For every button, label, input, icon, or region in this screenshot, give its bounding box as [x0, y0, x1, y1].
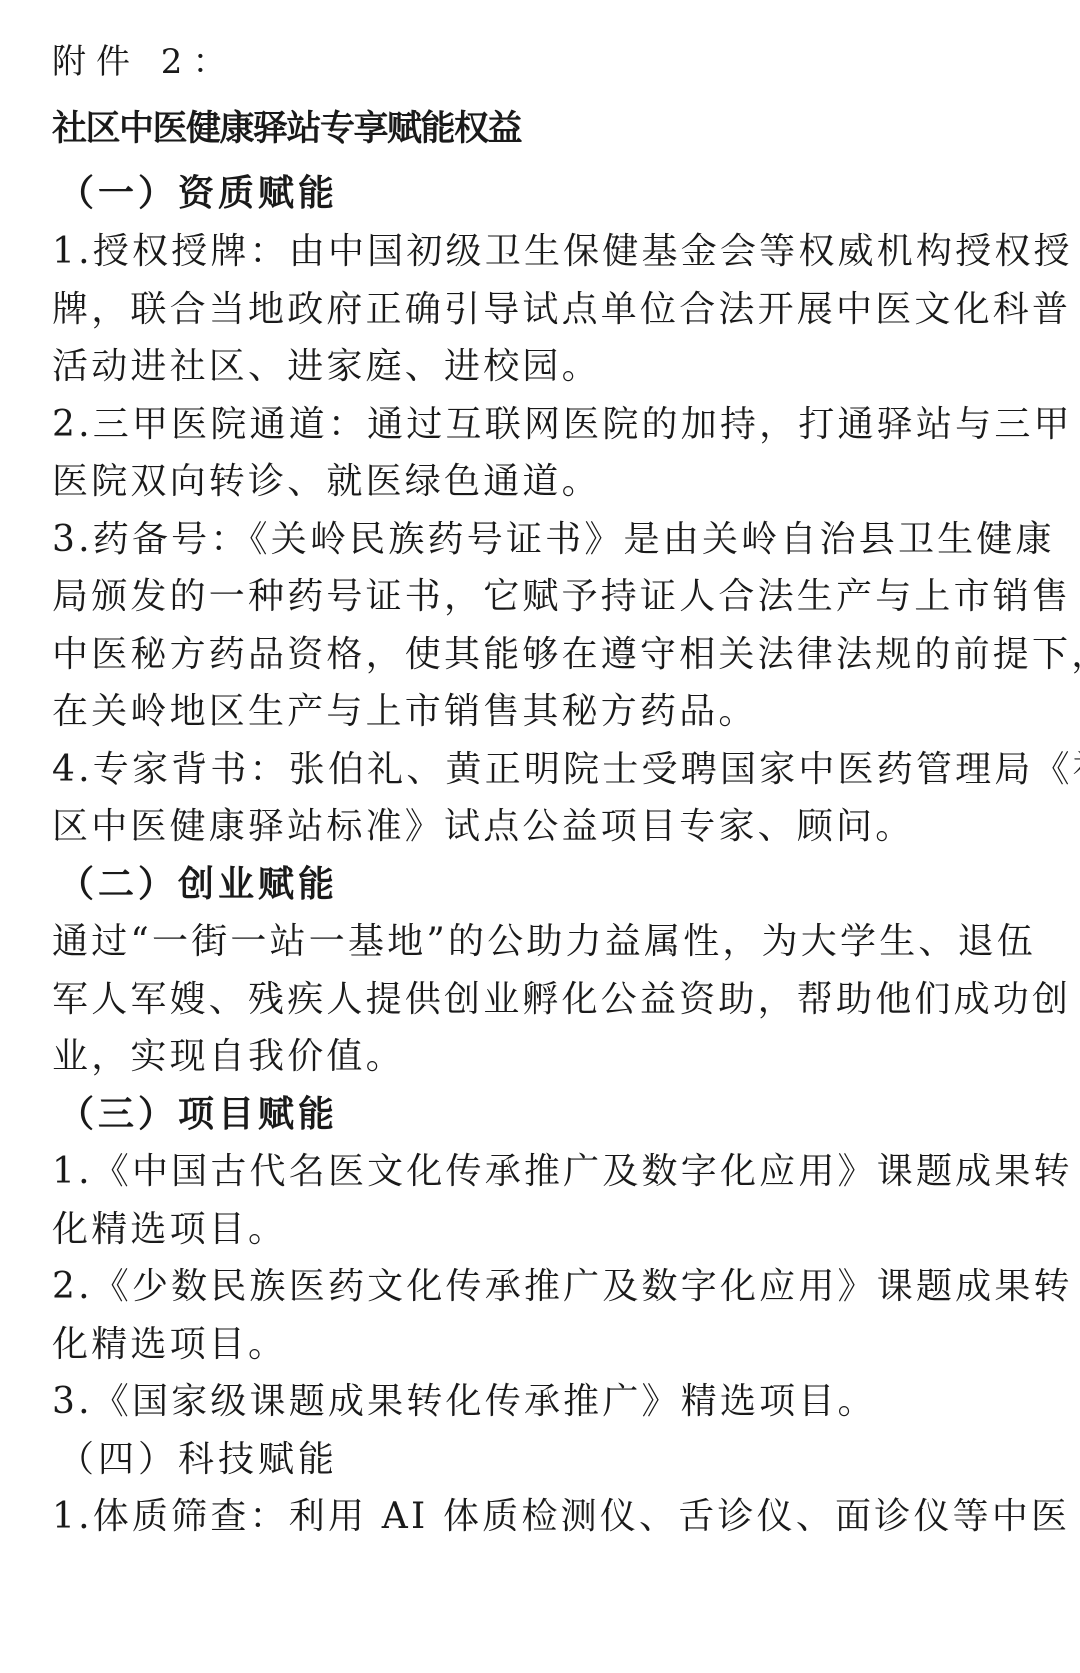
- paragraph-line: 在关岭地区生产与上市销售其秘方药品。: [52, 690, 758, 734]
- paragraph-line: 医院双向转诊、就医绿色通道。: [52, 460, 601, 504]
- paragraph-line: 牌，联合当地政府正确引导试点单位合法开展中医文化科普: [52, 288, 1071, 332]
- paragraph-line: 化精选项目。: [52, 1323, 287, 1367]
- section-heading-projects: （三）项目赋能: [58, 1093, 338, 1137]
- paragraph-line: 4.专家背书：张伯礼、黄正明院士受聘国家中医药管理局《社: [52, 748, 1080, 792]
- paragraph-line: 1.授权授牌：由中国初级卫生保健基金会等权威机构授权授: [52, 230, 1073, 274]
- paragraph-line: 3.《国家级课题成果转化传承推广》精选项目。: [52, 1380, 877, 1424]
- paragraph-line: 1.《中国古代名医文化传承推广及数字化应用》课题成果转: [52, 1150, 1073, 1194]
- paragraph-line: 1.体质筛查：利用 AI 体质检测仪、舌诊仪、面诊仪等中医: [52, 1495, 1070, 1539]
- paragraph-line: 军人军嫂、残疾人提供创业孵化公益资助，帮助他们成功创: [52, 978, 1071, 1022]
- paragraph-line: 业，实现自我价值。: [52, 1035, 405, 1079]
- section-heading-entrepreneurship: （二）创业赋能: [58, 863, 338, 907]
- paragraph-line: 3.药备号：《关岭民族药号证书》是由关岭自治县卫生健康: [52, 518, 1055, 562]
- paragraph-line: 局颁发的一种药号证书，它赋予持证人合法生产与上市销售: [52, 575, 1071, 619]
- paragraph-line: 2.《少数民族医药文化传承推广及数字化应用》课题成果转: [52, 1265, 1073, 1309]
- paragraph-line: 中医秘方药品资格，使其能够在遵守相关法律法规的前提下，: [52, 633, 1080, 677]
- paragraph-line: 2.三甲医院通道：通过互联网医院的加持，打通驿站与三甲: [52, 403, 1073, 447]
- section-heading-technology: （四）科技赋能: [58, 1438, 338, 1482]
- section-heading-qualification: （一）资质赋能: [58, 172, 338, 216]
- paragraph-line: 化精选项目。: [52, 1208, 287, 1252]
- paragraph-line: 活动进社区、进家庭、进校园。: [52, 345, 601, 389]
- document-title: 社区中医健康驿站专享赋能权益: [52, 107, 521, 151]
- paragraph-line: 区中医健康驿站标准》试点公益项目专家、顾问。: [52, 805, 914, 849]
- attachment-label: 附件 2：: [52, 40, 236, 84]
- paragraph-line: 通过“一街一站一基地”的公助力益属性，为大学生、退伍: [52, 920, 1036, 964]
